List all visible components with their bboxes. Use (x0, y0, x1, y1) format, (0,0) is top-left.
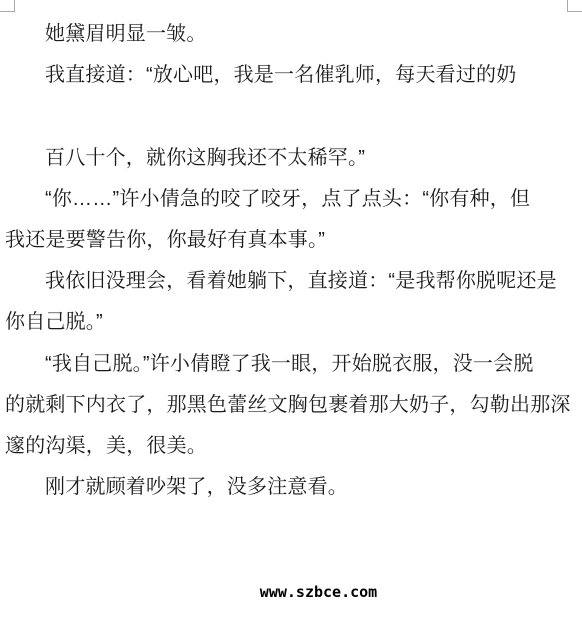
text-line: 你自己脱。” (5, 302, 577, 343)
text-line: 的就剩下内衣了，那黑色蕾丝文胸包裹着那大奶子，勾勒出那深 (5, 385, 577, 426)
text-line: 我直接道：“放心吧，我是一名催乳师，每天看过的奶 (5, 55, 577, 96)
blank-line (5, 96, 577, 137)
text-line: 刚才就顾着吵架了，没多注意看。 (5, 467, 577, 508)
text-line: 她黛眉明显一皱。 (5, 14, 577, 55)
page-margin-corner-left-icon (0, 0, 15, 12)
watermark-url: www.szbce.com (0, 583, 582, 601)
text-line: 邃的沟渠，美，很美。 (5, 426, 577, 467)
text-line: “你……”许小倩急的咬了咬牙，点了点头：“你有种，但 (5, 179, 577, 220)
text-line: 我还是要警告你，你最好有真本事。” (5, 220, 577, 261)
text-line: 百八十个，就你这胸我还不太稀罕。” (5, 138, 577, 179)
body-text: 她黛眉明显一皱。 我直接道：“放心吧，我是一名催乳师，每天看过的奶 百八十个，就… (5, 14, 577, 508)
document-page: 她黛眉明显一皱。 我直接道：“放心吧，我是一名催乳师，每天看过的奶 百八十个，就… (0, 0, 582, 624)
page-margin-corner-right-icon (567, 0, 582, 12)
text-line: 我依旧没理会，看着她躺下，直接道：“是我帮你脱呢还是 (5, 261, 577, 302)
text-line: “我自己脱。”许小倩瞪了我一眼，开始脱衣服，没一会脱 (5, 344, 577, 385)
